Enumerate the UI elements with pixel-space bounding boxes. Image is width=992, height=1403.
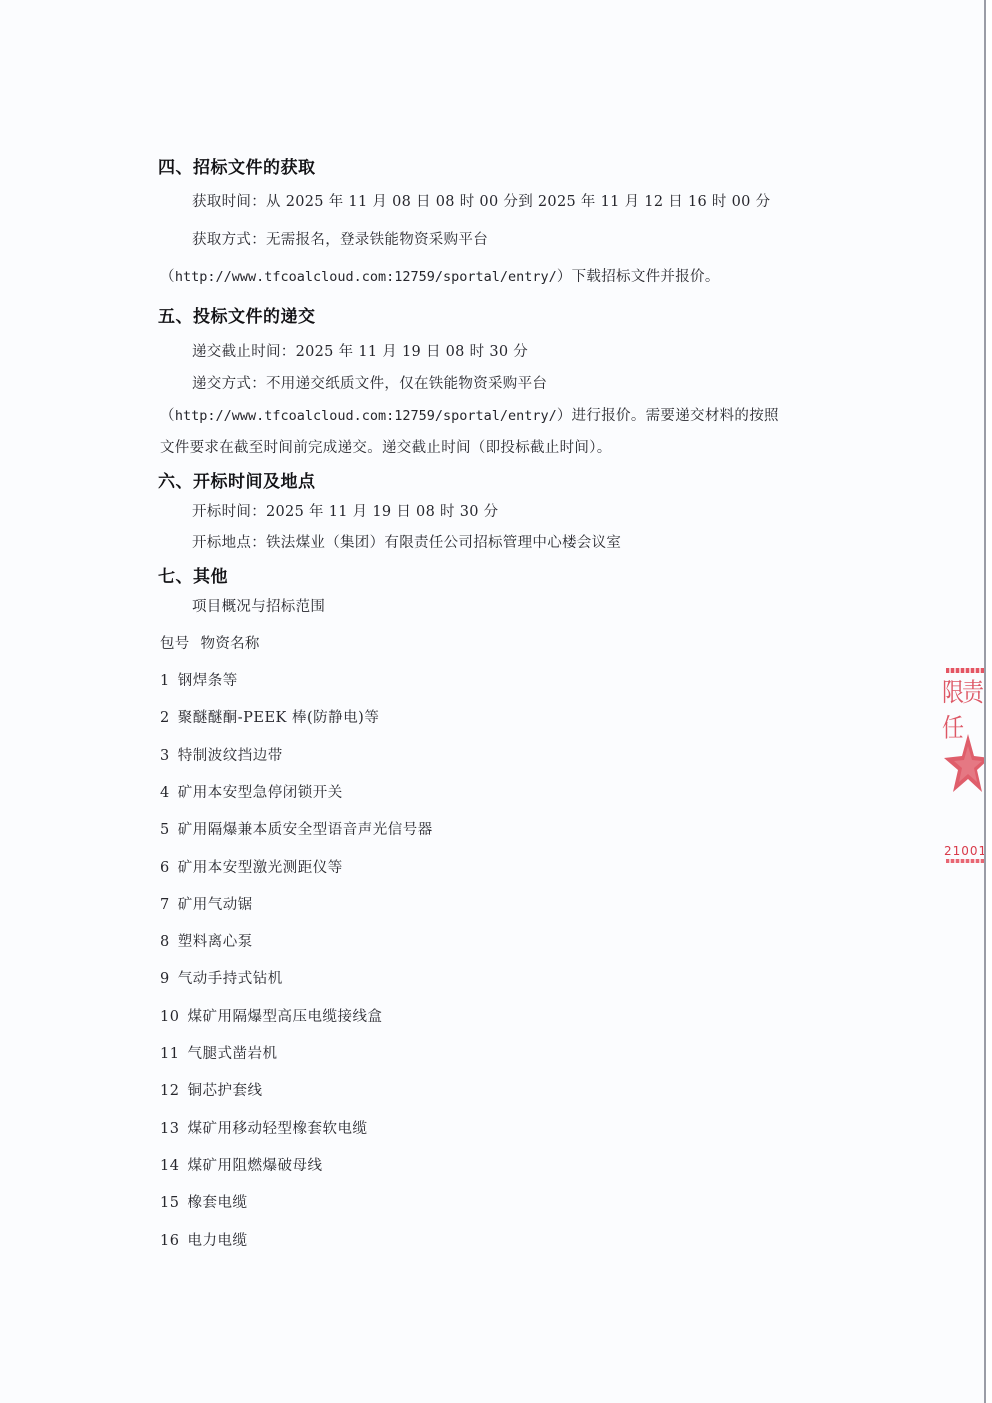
seal-code: 21001 — [944, 844, 984, 858]
acquisition-time: 获取时间：从 2025 年 11 月 08 日 08 时 00 分到 2025 … — [192, 190, 770, 211]
list-item: 1钢焊条等 — [160, 669, 238, 690]
section-6-heading: 六、开标时间及地点 — [158, 467, 316, 492]
submission-continuation: 文件要求在截至时间前完成递交。递交截止时间（即投标截止时间）。 — [160, 436, 612, 457]
item-material-name: 电力电缆 — [187, 1233, 247, 1249]
item-package-number: 10 — [160, 1009, 179, 1025]
opening-time: 开标时间：2025 年 11 月 19 日 08 时 30 分 — [192, 500, 499, 521]
submission-url-line: （http://www.tfcoalcloud.com:12759/sporta… — [160, 404, 779, 425]
col-package-number: 包号 — [160, 636, 190, 652]
list-item: 6矿用本安型激光测距仪等 — [160, 856, 343, 877]
url-open-paren: （ — [160, 408, 175, 424]
item-package-number: 8 — [160, 934, 170, 950]
item-material-name: 铜芯护套线 — [187, 1083, 262, 1099]
list-item: 8塑料离心泵 — [160, 930, 253, 951]
url-line-suffix: ）进行报价。需要递交材料的按照 — [557, 408, 779, 424]
acquisition-method: 获取方式：无需报名，登录铁能物资采购平台 — [192, 228, 488, 249]
seal-bottom-band — [946, 859, 984, 863]
section-7-heading: 七、其他 — [158, 562, 228, 587]
submission-deadline: 递交截止时间：2025 年 11 月 19 日 08 时 30 分 — [192, 340, 528, 361]
company-seal: 限责任 21001 — [940, 660, 984, 875]
item-package-number: 9 — [160, 971, 170, 987]
list-item: 16电力电缆 — [160, 1229, 247, 1250]
section-4-heading: 四、招标文件的获取 — [158, 153, 316, 178]
item-package-number: 1 — [160, 673, 170, 689]
opening-place: 开标地点：铁法煤业（集团）有限责任公司招标管理中心楼会议室 — [192, 531, 621, 552]
item-material-name: 矿用气动锯 — [178, 897, 253, 913]
item-material-name: 煤矿用隔爆型高压电缆接线盒 — [187, 1009, 382, 1025]
item-package-number: 2 — [160, 710, 170, 726]
item-material-name: 气腿式凿岩机 — [187, 1046, 277, 1062]
item-material-name: 特制波纹挡边带 — [178, 748, 283, 764]
platform-url-link[interactable]: http://www.tfcoalcloud.com:12759/sportal… — [175, 269, 557, 285]
list-item: 3特制波纹挡边带 — [160, 744, 283, 765]
item-material-name: 矿用本安型激光测距仪等 — [178, 860, 343, 876]
list-item: 10煤矿用隔爆型高压电缆接线盒 — [160, 1005, 382, 1026]
item-package-number: 14 — [160, 1158, 179, 1174]
url-line-suffix: ）下载招标文件并报价。 — [557, 269, 720, 285]
item-material-name: 气动手持式钻机 — [178, 971, 283, 987]
item-package-number: 7 — [160, 897, 170, 913]
acquisition-url-line: （http://www.tfcoalcloud.com:12759/sporta… — [160, 265, 720, 286]
item-material-name: 橡套电缆 — [187, 1195, 247, 1211]
item-package-number: 5 — [160, 822, 170, 838]
list-item: 13煤矿用移动轻型橡套软电缆 — [160, 1117, 367, 1138]
item-material-name: 塑料离心泵 — [178, 934, 253, 950]
item-package-number: 4 — [160, 785, 170, 801]
platform-url-link[interactable]: http://www.tfcoalcloud.com:12759/sportal… — [175, 408, 557, 424]
list-item: 2聚醚醚酮-PEEK 棒(防静电)等 — [160, 706, 379, 727]
items-table-header: 包号 物资名称 — [160, 632, 260, 653]
list-item: 5矿用隔爆兼本质安全型语音声光信号器 — [160, 818, 433, 839]
list-item: 7矿用气动锯 — [160, 893, 253, 914]
item-package-number: 3 — [160, 748, 170, 764]
submission-method: 递交方式：不用递交纸质文件，仅在铁能物资采购平台 — [192, 372, 547, 393]
page-edge — [986, 0, 992, 1403]
list-item: 9气动手持式钻机 — [160, 967, 283, 988]
col-material-name: 物资名称 — [201, 636, 260, 652]
section-5-heading: 五、投标文件的递交 — [158, 302, 316, 327]
item-package-number: 16 — [160, 1233, 179, 1249]
item-material-name: 煤矿用移动轻型橡套软电缆 — [187, 1121, 367, 1137]
item-material-name: 聚醚醚酮-PEEK 棒(防静电)等 — [178, 710, 380, 726]
project-overview-subtitle: 项目概况与招标范围 — [192, 595, 325, 616]
url-open-paren: （ — [160, 269, 175, 285]
item-material-name: 矿用隔爆兼本质安全型语音声光信号器 — [178, 822, 433, 838]
item-material-name: 矿用本安型急停闭锁开关 — [178, 785, 343, 801]
item-package-number: 11 — [160, 1046, 179, 1062]
item-material-name: 煤矿用阻燃爆破母线 — [187, 1158, 322, 1174]
item-material-name: 钢焊条等 — [178, 673, 238, 689]
item-package-number: 12 — [160, 1083, 179, 1099]
item-package-number: 13 — [160, 1121, 179, 1137]
list-item: 14煤矿用阻燃爆破母线 — [160, 1154, 322, 1175]
list-item: 4矿用本安型急停闭锁开关 — [160, 781, 343, 802]
list-item: 15橡套电缆 — [160, 1191, 247, 1212]
list-item: 11气腿式凿岩机 — [160, 1042, 277, 1063]
item-package-number: 6 — [160, 860, 170, 876]
list-item: 12铜芯护套线 — [160, 1079, 262, 1100]
seal-star-icon — [942, 732, 984, 796]
item-package-number: 15 — [160, 1195, 179, 1211]
seal-top-band — [946, 668, 984, 673]
